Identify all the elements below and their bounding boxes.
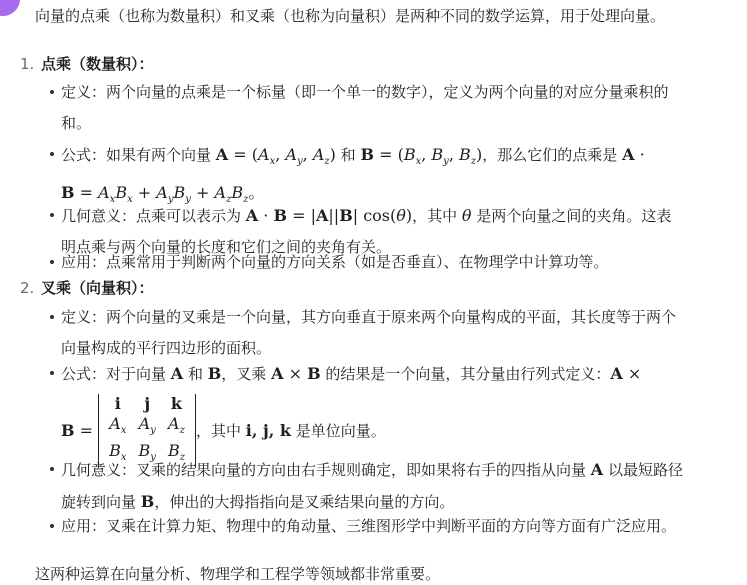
- text: ，伸出的大拇指指向是叉乘结果向量的方向。: [154, 493, 454, 511]
- text: ，叉乘: [221, 365, 271, 383]
- text: ，那么它们的点乘是: [482, 146, 622, 164]
- label: 几何意义：: [61, 207, 136, 225]
- list-item: 应用：点乘常用于判断两个向量的方向关系（如是否垂直）、在物理学中计算功等。: [51, 247, 731, 278]
- formula: B: [141, 492, 155, 511]
- text: 和: [183, 365, 208, 383]
- bullet-icon: [50, 467, 54, 471]
- bullet-icon: [50, 90, 54, 94]
- bullet-icon: [50, 315, 54, 319]
- list-item: 应用：叉乘在计算力矩、物理中的角动量、三维图形学中判断平面的方向等方面有广泛应用…: [51, 511, 731, 542]
- label: 应用：: [61, 253, 106, 271]
- text: 的结果是一个向量，其分量由行列式定义：: [321, 365, 611, 383]
- formula: A · B = |A||B| cos(θ): [246, 206, 412, 225]
- section-title-cross-product: 2.叉乘（向量积）：: [20, 276, 154, 300]
- label: 公式：: [61, 146, 106, 164]
- list-item: 定义：两个向量的叉乘是一个向量，其方向垂直于原来两个向量构成的平面，其长度等于两…: [51, 302, 731, 364]
- text: 向量构成的平行四边形的面积。: [61, 339, 271, 357]
- text: 和: [336, 146, 361, 164]
- list-number: 1.: [20, 52, 41, 76]
- list-item: 几何意义：叉乘的结果向量的方向由右手规则确定，即如果将右手的四指从向量 A 以最…: [51, 454, 731, 518]
- label: 定义：: [61, 83, 106, 101]
- text: 点乘可以表示为: [136, 207, 246, 225]
- text: 以最短路径: [603, 461, 683, 479]
- outro-paragraph: 这两种运算在向量分析、物理学和工程学等领域都非常重要。: [35, 562, 440, 585]
- formula: A = (Ax, Ay, Az): [216, 145, 336, 164]
- bullet-icon: [50, 260, 54, 264]
- bullet-icon: [50, 152, 54, 156]
- text: 是单位向量。: [291, 422, 386, 440]
- list-number: 2.: [20, 276, 41, 300]
- bullet-icon: [50, 213, 54, 217]
- formula: A ·: [622, 145, 645, 164]
- text: 旋转到向量: [61, 493, 141, 511]
- text: 叉乘的结果向量的方向由右手规则确定，即如果将右手的四指从向量: [136, 461, 591, 479]
- text: ，其中: [196, 422, 246, 440]
- label: 应用：: [61, 517, 106, 535]
- label: 定义：: [61, 308, 106, 326]
- text: 点乘常用于判断两个向量的方向关系（如是否垂直）、在物理学中计算功等。: [106, 253, 609, 271]
- text: 两个向量的点乘是一个标量（即一个单一的数字），定义为两个向量的对应分量乘积的: [106, 83, 669, 101]
- text: 对于向量: [106, 365, 171, 383]
- list-item: 公式：对于向量 A 和 B，叉乘 A × B 的结果是一个向量，其分量由行列式定…: [51, 358, 731, 468]
- bullet-icon: [50, 524, 54, 528]
- formula: i, j, k: [246, 421, 291, 440]
- text: 叉乘在计算力矩、物理中的角动量、三维图形学中判断平面的方向等方面有广泛应用。: [106, 517, 676, 535]
- text: ，其中: [412, 207, 462, 225]
- bullet-icon: [50, 371, 54, 375]
- section-title-dot-product: 1.点乘（数量积）：: [20, 52, 154, 76]
- formula: A: [171, 364, 183, 383]
- section-heading: 点乘（数量积）：: [41, 55, 154, 73]
- text: 如果有两个向量: [106, 146, 216, 164]
- formula: B = (Bx, By, Bz): [360, 145, 482, 164]
- intro-paragraph: 向量的点乘（也称为数量积）和叉乘（也称为向量积）是两种不同的数学运算，用于处理向…: [35, 4, 665, 28]
- formula: A × B: [271, 364, 321, 383]
- formula: A ×: [610, 364, 641, 383]
- formula: B: [208, 364, 222, 383]
- list-item: 定义：两个向量的点乘是一个标量（即一个单一的数字），定义为两个向量的对应分量乘积…: [51, 77, 731, 139]
- label: 几何意义：: [61, 461, 136, 479]
- label: 公式：: [61, 365, 106, 383]
- text: 和。: [61, 114, 91, 132]
- assistant-avatar: [0, 0, 20, 16]
- section-heading: 叉乘（向量积）：: [41, 279, 154, 297]
- text: 两个向量的叉乘是一个向量，其方向垂直于原来两个向量构成的平面，其长度等于两个: [106, 308, 676, 326]
- formula: A: [591, 460, 603, 479]
- text: 是两个向量之间的夹角。这表: [472, 207, 672, 225]
- formula: θ: [462, 206, 472, 225]
